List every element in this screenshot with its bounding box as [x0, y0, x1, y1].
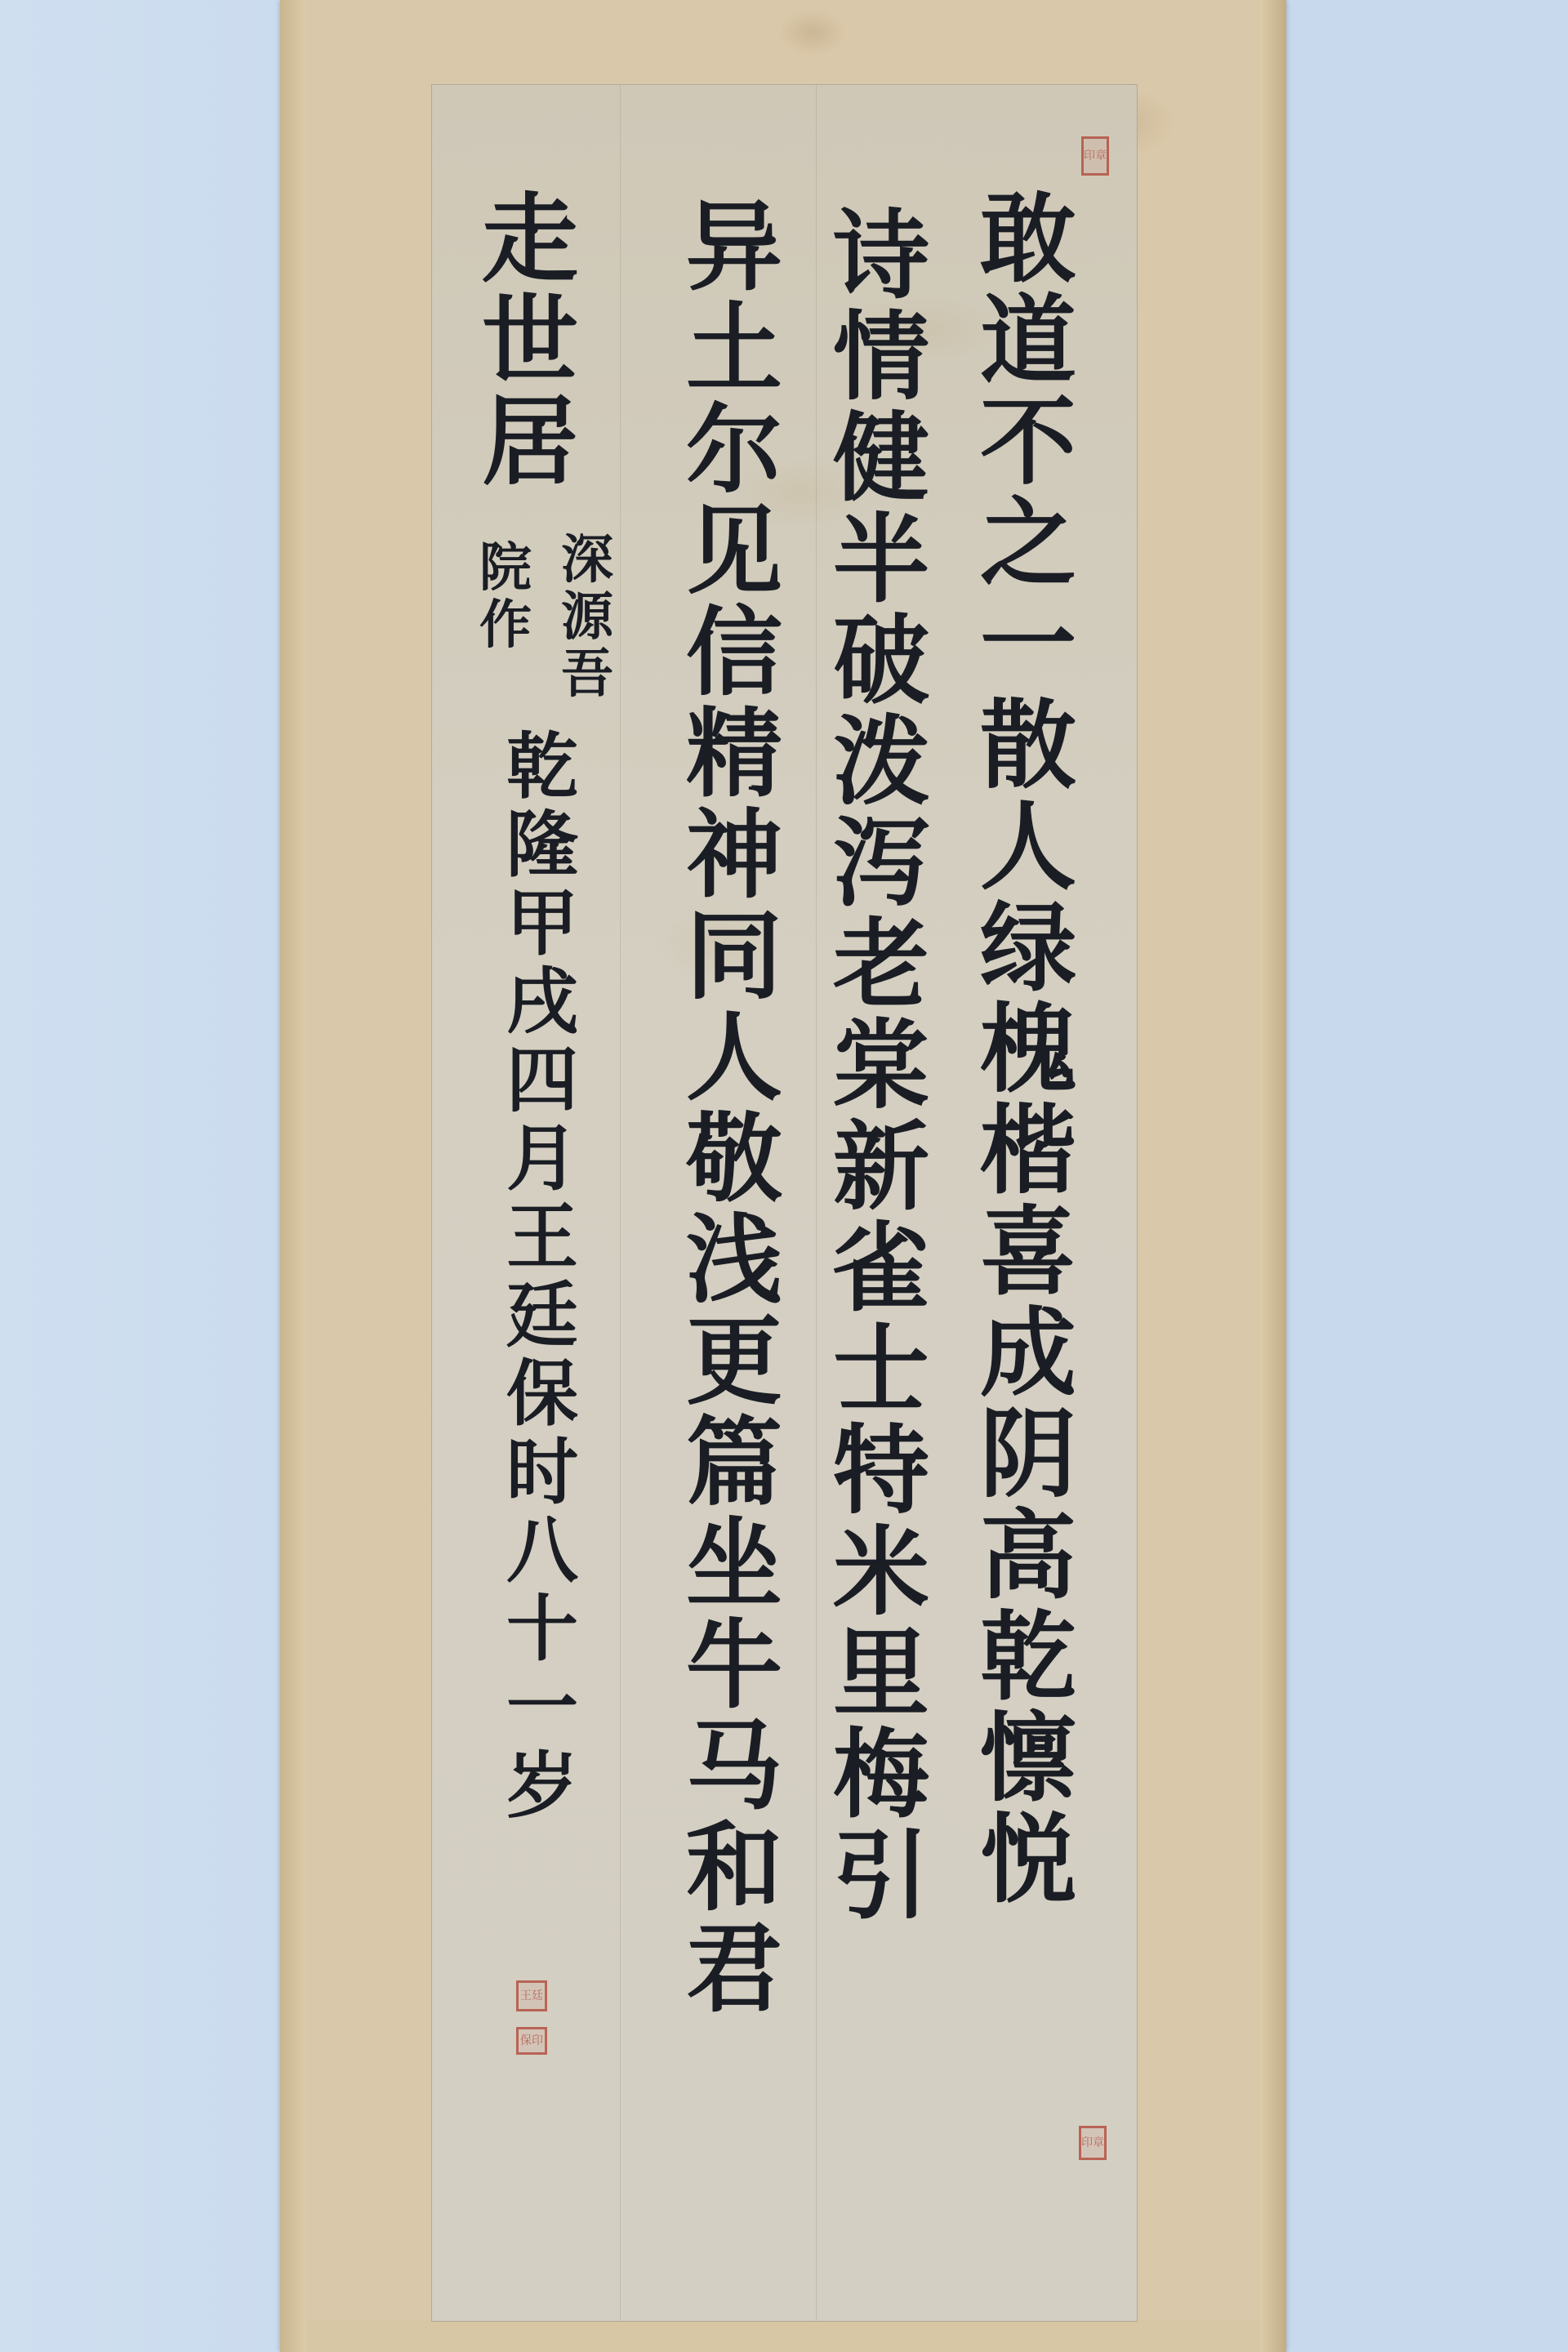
- glyph: 敬: [686, 1111, 782, 1212]
- glyph: 月: [506, 1122, 578, 1200]
- glyph: 梅: [833, 1726, 929, 1828]
- glyph: 异: [686, 199, 782, 301]
- glyph: 士: [833, 1321, 929, 1423]
- note-column-right: 深 源 吾: [555, 534, 620, 706]
- glyph: 精: [686, 706, 782, 807]
- glyph: 成: [980, 1305, 1076, 1406]
- glyph: 保: [506, 1357, 578, 1436]
- glyph: 不: [980, 394, 1076, 495]
- glyph: 牛: [686, 1617, 782, 1718]
- glyph: 特: [833, 1423, 929, 1524]
- paper-fold-line: [816, 85, 817, 2321]
- calligraphy-column-4: 走 世 居: [473, 191, 587, 495]
- seal-stamp-signature-upper: 王廷: [516, 1980, 547, 2011]
- glyph: 懔: [980, 1710, 1076, 1811]
- glyph: 甲: [506, 887, 578, 965]
- glyph: 源: [561, 591, 613, 648]
- glyph: 老: [833, 916, 929, 1018]
- glyph: 人: [686, 1009, 782, 1111]
- glyph: 吾: [561, 648, 613, 706]
- glyph: 土: [686, 301, 782, 402]
- glyph: 之: [980, 495, 1076, 596]
- glyph: 槐: [980, 1001, 1076, 1102]
- glyph: 一: [506, 1671, 578, 1749]
- glyph: 里: [833, 1625, 929, 1726]
- signature-column: 乾 隆 甲 戌 四 月 王 廷 保 时 八 十 一 岁: [497, 730, 587, 1828]
- glyph: 深: [561, 534, 613, 591]
- glyph: 敢: [980, 191, 1076, 292]
- glyph: 喜: [980, 1204, 1076, 1305]
- scroll-right-edge: [1260, 0, 1286, 2352]
- glyph: 岁: [506, 1749, 578, 1828]
- glyph: 廷: [506, 1279, 578, 1357]
- glyph: 新: [833, 1119, 929, 1220]
- glyph: 楷: [980, 1102, 1076, 1204]
- glyph: 半: [833, 511, 929, 612]
- glyph: 戌: [506, 965, 578, 1044]
- glyph: 隆: [506, 808, 578, 887]
- glyph: 和: [686, 1820, 782, 1921]
- glyph: 世: [482, 292, 578, 394]
- note-column-left: 院 作: [473, 542, 538, 657]
- glyph: 居: [482, 394, 578, 495]
- glyph: 乾: [506, 730, 578, 808]
- glyph: 棠: [833, 1018, 929, 1119]
- seal-stamp-signature-lower: 保印: [516, 2027, 547, 2055]
- glyph: 健: [833, 410, 929, 511]
- glyph: 十: [506, 1592, 578, 1671]
- glyph: 阴: [980, 1406, 1076, 1508]
- glyph: 见: [686, 503, 782, 604]
- glyph: 泻: [833, 815, 929, 916]
- glyph: 更: [686, 1313, 782, 1414]
- glyph: 作: [479, 599, 532, 657]
- glyph: 破: [833, 612, 929, 714]
- glyph: 高: [980, 1508, 1076, 1609]
- glyph: 散: [980, 697, 1076, 799]
- seal-stamp-top: 印章: [1081, 136, 1109, 176]
- glyph: 人: [980, 799, 1076, 900]
- glyph: 院: [479, 542, 532, 599]
- calligraphy-column-2: 诗 情 健 半 破 泼 泻 老 棠 新 雀 士 特 米 里 梅 引: [824, 207, 938, 1929]
- glyph: 绿: [980, 900, 1076, 1001]
- glyph: 君: [686, 1921, 782, 2022]
- glyph: 诗: [833, 207, 929, 309]
- calligraphy-panel: 敢 道 不 之 一 散 人 绿 槐 楷 喜 成 阴 高 乾 懔 悦 诗 情 健 …: [431, 84, 1138, 2322]
- glyph: 王: [506, 1200, 578, 1279]
- paper-fold-line: [620, 85, 621, 2321]
- glyph: 走: [482, 191, 578, 292]
- glyph: 悦: [980, 1811, 1076, 1913]
- glyph: 雀: [833, 1220, 929, 1321]
- glyph: 坐: [686, 1516, 782, 1617]
- glyph: 同: [686, 908, 782, 1009]
- glyph: 引: [833, 1828, 929, 1929]
- glyph: 四: [506, 1044, 578, 1122]
- glyph: 马: [686, 1718, 782, 1820]
- glyph: 神: [686, 807, 782, 908]
- seal-stamp-mid: 印章: [1079, 2126, 1107, 2160]
- scroll-bottom-band: [306, 2320, 1260, 2352]
- glyph: 八: [506, 1514, 578, 1592]
- glyph: 一: [980, 596, 1076, 697]
- glyph: 情: [833, 309, 929, 410]
- calligraphy-column-3: 异 土 尔 见 信 精 神 同 人 敬 浅 更 篇 坐 牛 马 和 君: [677, 199, 791, 2022]
- calligraphy-column-1: 敢 道 不 之 一 散 人 绿 槐 楷 喜 成 阴 高 乾 懔 悦: [971, 191, 1085, 1913]
- glyph: 浅: [686, 1212, 782, 1313]
- glyph: 篇: [686, 1414, 782, 1516]
- glyph: 乾: [980, 1609, 1076, 1710]
- scroll-left-edge: [280, 0, 306, 2352]
- glyph: 时: [506, 1436, 578, 1514]
- glyph: 尔: [686, 402, 782, 503]
- glyph: 道: [980, 292, 1076, 394]
- glyph: 泼: [833, 714, 929, 815]
- glyph: 信: [686, 604, 782, 706]
- glyph: 米: [833, 1524, 929, 1625]
